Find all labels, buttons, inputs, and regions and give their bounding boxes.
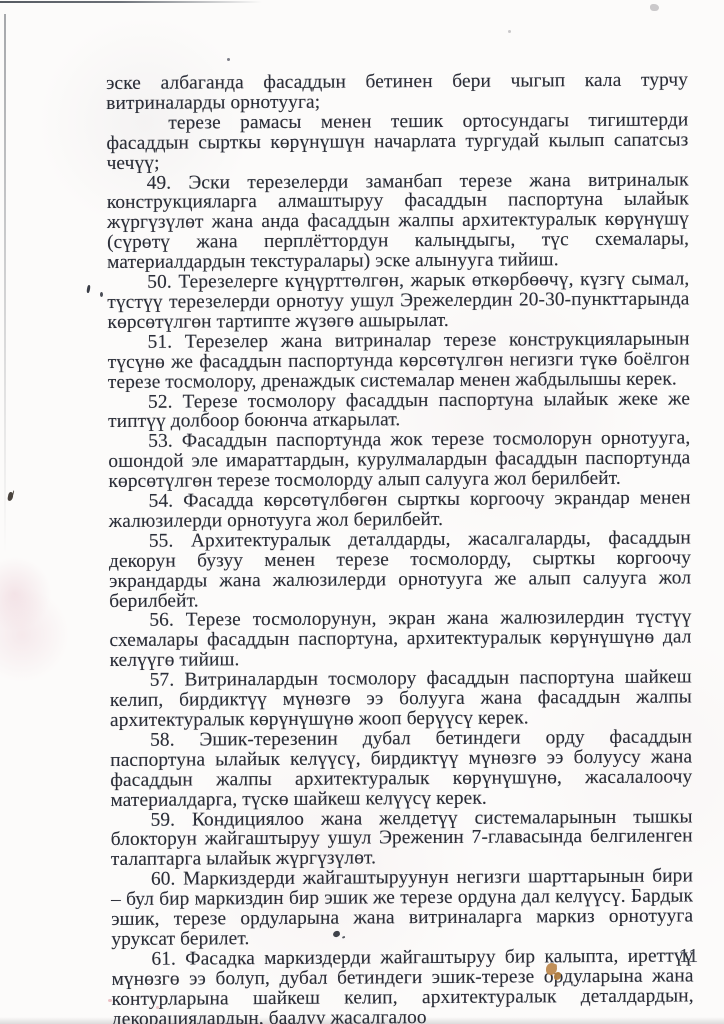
paragraph-continuation: эске албаганда фасаддын бетинен бери чыг… [106,70,688,113]
paragraph-55: 55. Архитектуралык деталдарды, жасалгала… [109,528,691,611]
paragraph-53: 53. Фасаддын паспортунда жок терезе тосм… [108,429,690,492]
paragraph-subitem: терезе рамасы менен тешик ортосундагы ти… [106,110,688,173]
scan-edge-left [4,14,6,554]
scanned-document-page: эске албаганда фасаддын бетинен бери чыг… [0,0,724,1024]
paragraph-50: 50. Терезелерге күңүрттөлгөн, жарык өткө… [107,270,689,333]
paragraph-49: 49. Эски терезелерди заманбап терезе жан… [107,170,690,273]
paper-speck [508,30,511,33]
paragraph-52: 52. Терезе тосмолору фасаддын паспортуна… [108,389,690,432]
paragraph-57: 57. Витриналардын тосмолору фасаддын пас… [110,668,692,731]
ink-speck [227,58,230,61]
scan-smudge [650,4,659,11]
paragraph-59: 59. Кондициялоо жана желдетүү системалар… [110,807,692,870]
ink-speck-left-margin [7,492,14,502]
paragraph-54: 54. Фасадда көрсөтүлбөгөн сырткы коргооч… [109,488,691,531]
ink-speck [100,292,103,297]
page-number: 11 [679,945,698,968]
paragraph-51: 51. Терезелер жана витриналар терезе кон… [108,329,690,392]
document-body: эске албаганда фасаддын бетинен бери чыг… [106,70,694,1024]
ink-speck [86,285,90,293]
paragraph-61: 61. Фасадка маркиздерди жайгаштыруу бир … [111,946,693,1024]
paragraph-60: 60. Маркиздерди жайгаштыруунун негизги ш… [111,867,693,950]
paragraph-56: 56. Терезе тосмолорунун, экран жана жалю… [109,608,691,671]
paragraph-58: 58. Эшик-терезенин дубал бетиндеги орду … [110,727,692,810]
scan-edge-top [0,1,262,3]
